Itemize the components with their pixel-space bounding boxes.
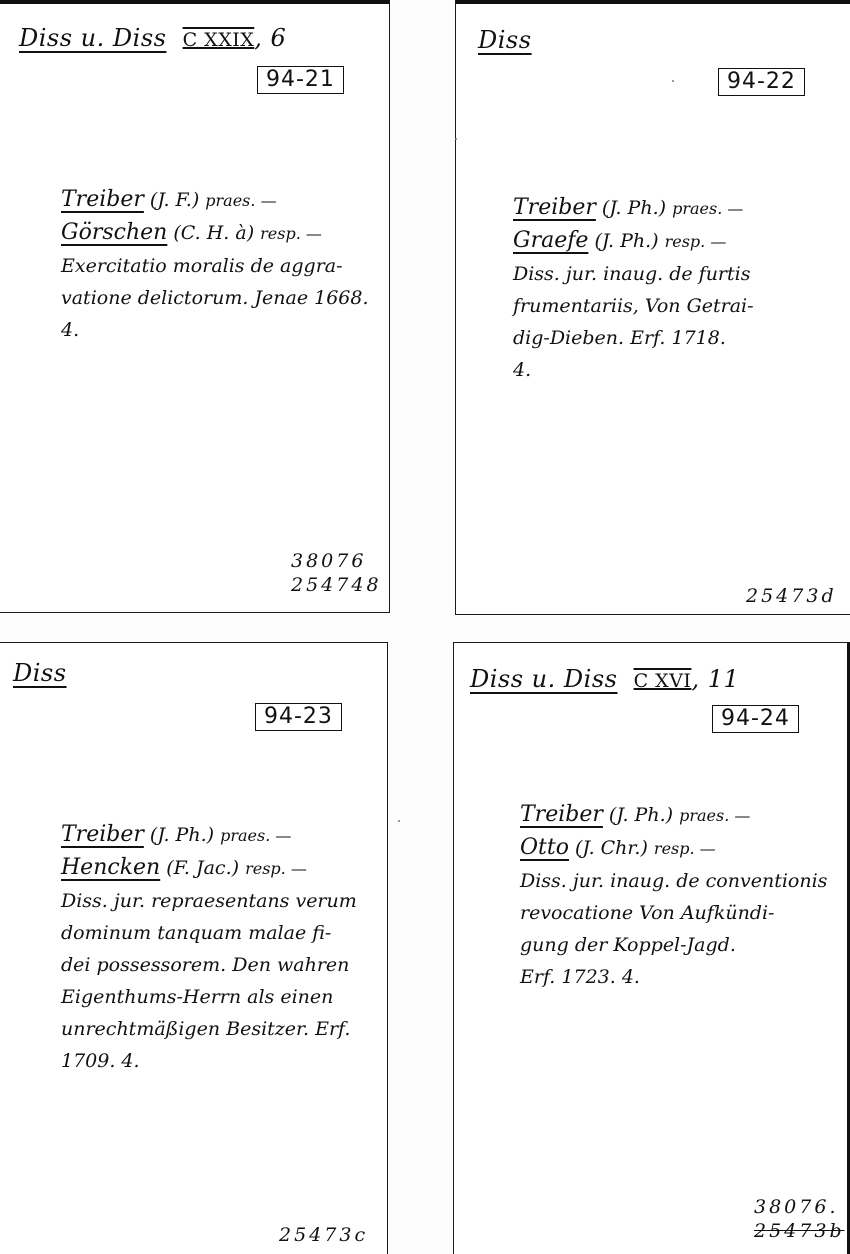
shelfmark: Diss bbox=[13, 659, 67, 687]
shelfmark-roman: C XVI bbox=[634, 670, 692, 692]
respondent-name: Görschen bbox=[61, 220, 167, 245]
respondent-role: resp. — bbox=[665, 232, 727, 251]
respondent-initials: (F. Jac.) bbox=[166, 857, 239, 879]
accession-number: 25473d bbox=[746, 584, 837, 608]
shelfmark: Diss u. Diss C XXIX, 6 bbox=[19, 24, 286, 52]
praeses-name: Treiber bbox=[513, 195, 596, 220]
title-line: Exercitatio moralis de aggra- bbox=[61, 250, 369, 282]
title-line: 4. bbox=[513, 354, 754, 386]
title-line: frumentariis, Von Getrai- bbox=[513, 290, 754, 322]
title-line: dominum tanquam malae fi- bbox=[61, 917, 357, 949]
praeses-initials: (J. Ph.) bbox=[609, 804, 673, 826]
respondent-initials: (J. Chr.) bbox=[575, 837, 648, 859]
respondent-name: Otto bbox=[520, 835, 569, 860]
shelfmark-main: Diss bbox=[13, 659, 67, 687]
accession-numbers: 25473d bbox=[746, 584, 837, 608]
title-line: Erf. 1723. 4. bbox=[520, 961, 827, 993]
scan-speck bbox=[455, 138, 457, 140]
praeses-role: praes. — bbox=[679, 806, 750, 825]
title-line: vatione delictorum. Jenae 1668. bbox=[61, 282, 369, 314]
shelfmark-main: Diss u. Diss bbox=[470, 665, 617, 693]
respondent-initials: (J. Ph.) bbox=[594, 230, 658, 252]
praeses-name: Treiber bbox=[61, 187, 144, 212]
accession-number: 254748 bbox=[291, 573, 382, 597]
bibliographic-entry: Treiber (J. Ph.) praes. — Otto (J. Chr.)… bbox=[520, 799, 827, 993]
title-line: Diss. jur. inaug. de furtis bbox=[513, 258, 754, 290]
title-line: gung der Koppel-Jagd. bbox=[520, 929, 827, 961]
shelfmark-main: Diss bbox=[478, 26, 532, 54]
respondent-role: resp. — bbox=[245, 859, 307, 878]
praeses-name: Treiber bbox=[61, 822, 144, 847]
respondent-role: resp. — bbox=[654, 839, 716, 858]
scan-speck bbox=[672, 80, 674, 82]
title-line: unrechtmäßigen Besitzer. Erf. bbox=[61, 1013, 357, 1045]
praeses-role: praes. — bbox=[672, 199, 743, 218]
accession-numbers: 25473c bbox=[279, 1223, 368, 1247]
title-line: 1709. 4. bbox=[61, 1045, 357, 1077]
praeses-initials: (J. Ph.) bbox=[150, 824, 214, 846]
respondent-initials: (C. H. à) bbox=[173, 222, 254, 244]
shelfmark-suffix: , 6 bbox=[254, 24, 286, 52]
bibliographic-entry: Treiber (J. F.) praes. — Görschen (C. H.… bbox=[61, 184, 369, 346]
praeses-name: Treiber bbox=[520, 802, 603, 827]
shelfmark-roman: C XXIX bbox=[183, 29, 255, 51]
scanned-catalog-page: Diss u. Diss C XXIX, 6 94-21 Treiber (J.… bbox=[0, 0, 850, 1254]
respondent-role: resp. — bbox=[260, 224, 322, 243]
title-line: 4. bbox=[61, 314, 369, 346]
call-number: 94-22 bbox=[718, 68, 805, 96]
accession-number: 25473c bbox=[279, 1223, 368, 1247]
title-line: Diss. jur. repraesentans verum bbox=[61, 885, 357, 917]
shelfmark: Diss u. Diss C XVI, 11 bbox=[470, 665, 739, 693]
praeses-initials: (J. Ph.) bbox=[602, 197, 666, 219]
call-number: 94-24 bbox=[712, 705, 799, 733]
scan-speck bbox=[398, 820, 400, 822]
praeses-role: praes. — bbox=[205, 191, 276, 210]
call-number: 94-21 bbox=[257, 66, 344, 94]
shelfmark-suffix: , 11 bbox=[691, 665, 739, 693]
respondent-name: Hencken bbox=[61, 855, 160, 880]
call-number: 94-23 bbox=[255, 703, 342, 731]
title-line: dei possessorem. Den wahren bbox=[61, 949, 357, 981]
shelfmark-main: Diss u. Diss bbox=[19, 24, 166, 52]
catalog-card: Diss u. Diss C XVI, 11 94-24 Treiber (J.… bbox=[453, 642, 850, 1254]
accession-numbers: 38076 254748 bbox=[291, 549, 382, 597]
respondent-name: Graefe bbox=[513, 228, 588, 253]
praeses-initials: (J. F.) bbox=[150, 189, 199, 211]
shelfmark: Diss bbox=[478, 26, 532, 54]
title-line: dig-Dieben. Erf. 1718. bbox=[513, 322, 754, 354]
accession-number-struck: 25473b bbox=[754, 1219, 845, 1243]
bibliographic-entry: Treiber (J. Ph.) praes. — Hencken (F. Ja… bbox=[61, 819, 357, 1077]
title-line: revocatione Von Aufkündi- bbox=[520, 897, 827, 929]
accession-number: 38076 bbox=[291, 549, 382, 573]
catalog-card: Diss 94-23 Treiber (J. Ph.) praes. — Hen… bbox=[0, 642, 388, 1254]
title-line: Eigenthums-Herrn als einen bbox=[61, 981, 357, 1013]
praeses-role: praes. — bbox=[220, 826, 291, 845]
title-line: Diss. jur. inaug. de conventionis bbox=[520, 865, 827, 897]
accession-numbers: 38076. 25473b bbox=[754, 1195, 845, 1243]
catalog-card: Diss u. Diss C XXIX, 6 94-21 Treiber (J.… bbox=[0, 0, 390, 613]
bibliographic-entry: Treiber (J. Ph.) praes. — Graefe (J. Ph.… bbox=[513, 192, 754, 386]
accession-number: 38076. bbox=[754, 1195, 845, 1219]
catalog-card: Diss 94-22 Treiber (J. Ph.) praes. — Gra… bbox=[455, 0, 850, 615]
